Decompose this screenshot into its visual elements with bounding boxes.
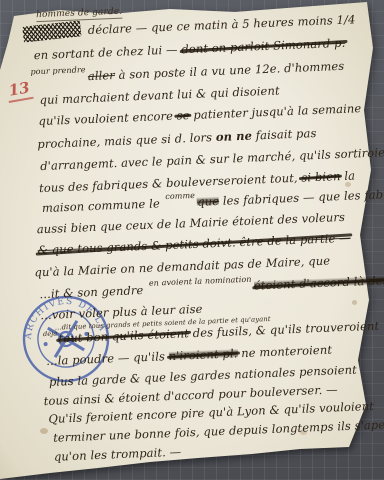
manuscript-line: prochaine, mais que si d. lors on ne fai… — [37, 126, 317, 151]
manuscript-line: qu'ils vouloient encore se patienter jus… — [38, 101, 361, 128]
line-text: qu'ils vouloient encore — [38, 109, 177, 129]
struck-text: que — [197, 194, 219, 209]
struck-text: n'iroient pl. — [168, 346, 237, 363]
struck-text: se — [176, 108, 189, 123]
manuscript-line: & que tous grands & petits doivt. être d… — [37, 231, 351, 258]
struck-text: si bien — [301, 169, 341, 185]
struck-text: étoient d'accord là dessus — [254, 272, 384, 292]
manuscript-line: qu'à la Mairie on ne demandait pas de Ma… — [34, 254, 330, 280]
line-text: à son poste il a vu une 12e. d'hommes — [115, 59, 345, 82]
line-text: …it & son gendre — [39, 283, 147, 301]
line-text: ne monteroient — [237, 343, 332, 361]
header-note: hommes de garde. — [36, 7, 122, 22]
interline-note-text: déjà — [43, 330, 58, 339]
line-text: patienter jusqu'à la semaine — [189, 101, 361, 122]
line-text: les fabriques — que les fabricants — [219, 186, 384, 208]
struck-line: & que tous grands & petits doivt. être d… — [37, 231, 351, 258]
manuscript-photo: { "page": { "description": "Handwritten … — [0, 0, 384, 480]
inserted-text: pour prendre — [30, 65, 85, 76]
line-text: qu'à la Mairie on ne demandait pas de Ma… — [34, 254, 330, 280]
manuscript-line: qu'on les trompait. — — [54, 445, 182, 464]
line-text: faisait pas — [252, 126, 317, 143]
line-text: …la poudre — qu'ils — [46, 349, 169, 368]
inserted-text: en avoient la nomination — [149, 275, 252, 288]
manuscript-line: …la poudre — qu'ils n'iroient pl. ne mon… — [46, 343, 333, 368]
handwritten-text-block: hommes de garde. déclare — que ce matin … — [0, 0, 384, 480]
manuscript-line: qui marchaient devant lui & qui disoient — [39, 83, 280, 107]
line-text: maison commune le — [42, 196, 164, 215]
line-text: déclare — que ce matin à 5 heures moins … — [88, 12, 356, 37]
manuscript-line: pour prendrealler à son poste il a vu un… — [28, 59, 344, 86]
struck-text: aller — [88, 68, 116, 83]
manuscript-line: en sortant de chez lui — dont on parloit… — [34, 36, 346, 62]
inserted-text: comme — [165, 191, 195, 201]
line-text: qu'on les trompait. — — [54, 445, 182, 464]
line-text: la — [340, 168, 355, 183]
line-text: qui marchaient devant lui & qui disoient — [39, 83, 280, 107]
struck-text: dont on parloit Simonard p. — [181, 36, 346, 57]
redacted-name-scribble — [22, 20, 81, 42]
header-note-text: hommes de garde. — [36, 7, 122, 20]
line-text: prochaine, mais que si d. lors — [37, 130, 216, 151]
overwritten-text: on ne — [216, 129, 253, 144]
line-text: en sortant de chez lui — — [34, 42, 182, 62]
red-folio-number: 13 — [5, 78, 33, 103]
